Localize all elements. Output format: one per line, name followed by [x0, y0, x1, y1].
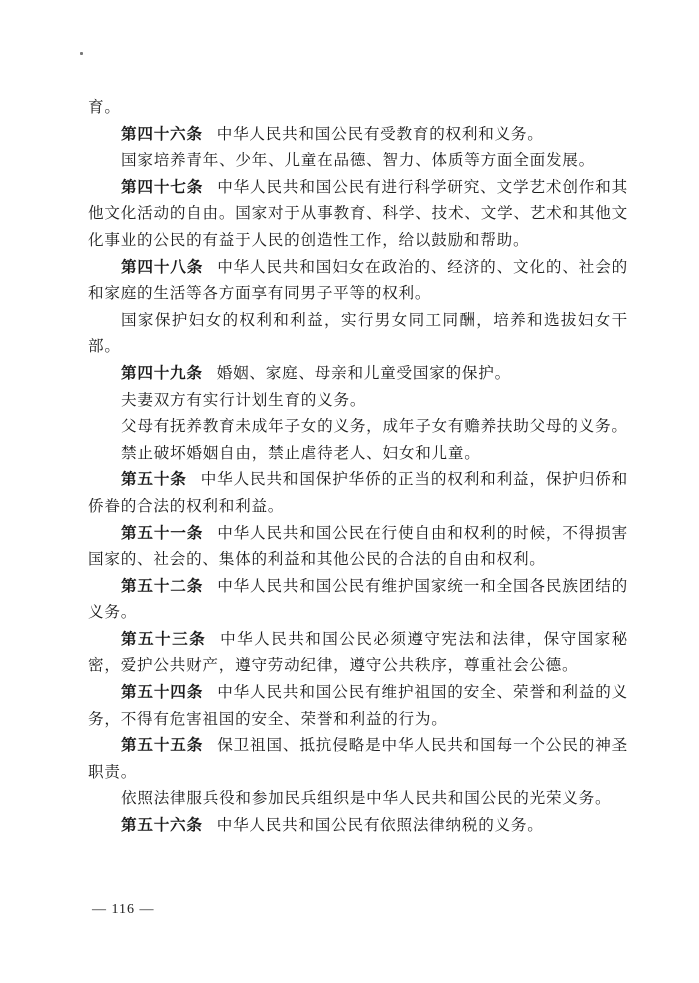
paragraph-text: 国家保护妇女的权利和利益，实行男女同工同酬，培养和选拔妇女干部。: [88, 311, 628, 356]
paragraph: 夫妻双方有实行计划生育的义务。: [88, 387, 628, 414]
paragraph: 国家保护妇女的权利和利益，实行男女同工同酬，培养和选拔妇女干部。: [88, 307, 628, 360]
paragraph: 国家培养青年、少年、儿童在品德、智力、体质等方面全面发展。: [88, 147, 628, 174]
article-56: 第五十六条中华人民共和国公民有依照法律纳税的义务。: [88, 812, 628, 839]
article-number: 第五十四条: [121, 683, 203, 701]
article-48: 第四十八条中华人民共和国妇女在政治的、经济的、文化的、社会的和家庭的生活等各方面…: [88, 254, 628, 307]
document-body: 育。 第四十六条中华人民共和国公民有受教育的权利和义务。 国家培养青年、少年、儿…: [88, 94, 628, 839]
article-number: 第四十七条: [121, 178, 203, 196]
paragraph: 禁止破坏婚姻自由，禁止虐待老人、妇女和儿童。: [88, 440, 628, 467]
paragraph-continuation: 育。: [88, 94, 628, 121]
paragraph-text: 中华人民共和国公民有依照法律纳税的义务。: [217, 816, 544, 834]
paragraph: 依照法律服兵役和参加民兵组织是中华人民共和国公民的光荣义务。: [88, 785, 628, 812]
article-53: 第五十三条中华人民共和国公民必须遵守宪法和法律，保守国家秘密，爱护公共财产，遵守…: [88, 626, 628, 679]
article-50: 第五十条中华人民共和国保护华侨的正当的权利和利益，保护归侨和侨眷的合法的权利和利…: [88, 466, 628, 519]
paragraph-text: 依照法律服兵役和参加民兵组织是中华人民共和国公民的光荣义务。: [121, 789, 611, 807]
paragraph-text: 婚姻、家庭、母亲和儿童受国家的保护。: [217, 364, 511, 382]
article-47: 第四十七条中华人民共和国公民有进行科学研究、文学艺术创作和其他文化活动的自由。国…: [88, 174, 628, 254]
article-number: 第五十五条: [121, 736, 203, 754]
scan-artifact-dot: [80, 52, 83, 55]
paragraph: 父母有抚养教育未成年子女的义务，成年子女有赡养扶助父母的义务。: [88, 413, 628, 440]
article-52: 第五十二条中华人民共和国公民有维护国家统一和全国各民族团结的义务。: [88, 573, 628, 626]
article-number: 第四十八条: [121, 258, 203, 276]
article-number: 第五十三条: [121, 630, 206, 648]
article-54: 第五十四条中华人民共和国公民有维护祖国的安全、荣誉和利益的义务，不得有危害祖国的…: [88, 679, 628, 732]
article-number: 第五十条: [121, 470, 187, 488]
paragraph-text: 禁止破坏婚姻自由，禁止虐待老人、妇女和儿童。: [121, 444, 481, 462]
article-number: 第五十二条: [121, 577, 203, 595]
article-51: 第五十一条中华人民共和国公民在行使自由和权利的时候，不得损害国家的、社会的、集体…: [88, 520, 628, 573]
article-number: 第五十一条: [121, 524, 203, 542]
article-49: 第四十九条婚姻、家庭、母亲和儿童受国家的保护。: [88, 360, 628, 387]
article-number: 第五十六条: [121, 816, 203, 834]
paragraph-text: 育。: [88, 98, 121, 116]
article-number: 第四十六条: [121, 125, 203, 143]
paragraph-text: 中华人民共和国公民有受教育的权利和义务。: [217, 125, 544, 143]
article-number: 第四十九条: [121, 364, 203, 382]
paragraph-text: 国家培养青年、少年、儿童在品德、智力、体质等方面全面发展。: [121, 151, 595, 169]
paragraph-text: 父母有抚养教育未成年子女的义务，成年子女有赡养扶助父母的义务。: [121, 417, 628, 435]
paragraph-text: 夫妻双方有实行计划生育的义务。: [121, 391, 366, 409]
page-number: — 116 —: [92, 902, 154, 918]
article-46: 第四十六条中华人民共和国公民有受教育的权利和义务。: [88, 121, 628, 148]
article-55: 第五十五条保卫祖国、抵抗侵略是中华人民共和国每一个公民的神圣职责。: [88, 732, 628, 785]
